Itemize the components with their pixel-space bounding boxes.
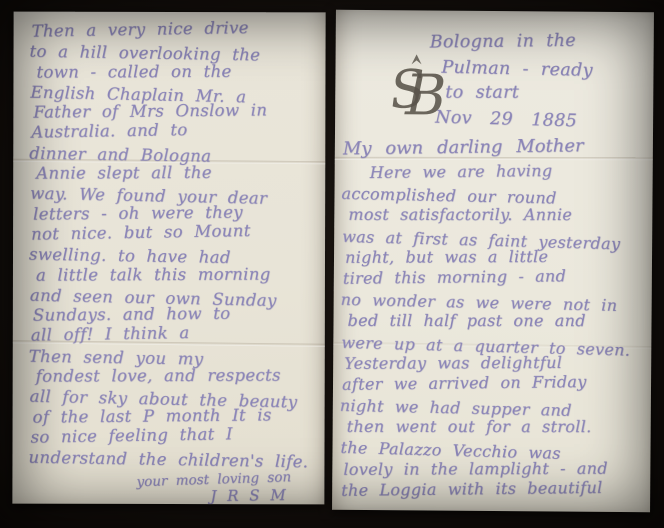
handwritten-line: Australia. and to <box>31 118 323 143</box>
letter-dateline: Bologna in the Pulman - ready to start N… <box>427 30 650 132</box>
handwritten-line: Then a very nice drive <box>31 17 323 42</box>
letter-page-right: S B Bologna in the Pulman - ready to sta… <box>332 10 654 512</box>
right-page-text: Here we are having accomplished our roun… <box>339 162 653 503</box>
handwritten-line: tired this morning - and <box>343 264 652 289</box>
handwritten-line: bed till half past one and <box>348 310 652 331</box>
left-page-text: Then a very nice drive to a hill overloo… <box>28 22 323 504</box>
dateline-line: Bologna in the <box>430 28 650 55</box>
handwritten-line: so nice feeling that I <box>30 423 322 448</box>
handwritten-line: not nice. but so Mount <box>31 220 323 245</box>
dateline-line: to start <box>445 81 649 106</box>
handwritten-line: a little talk this morning <box>36 264 323 286</box>
handwritten-line: most satisfactorily. Annie <box>348 204 652 225</box>
handwritten-line: the Loggia with its beautiful <box>341 476 650 501</box>
dateline-line: Nov 29 1885 <box>435 106 650 137</box>
handwritten-line: Here we are having <box>370 159 653 183</box>
handwritten-line: all off! I think a <box>31 321 323 346</box>
handwritten-line: Annie slept all the <box>36 162 323 184</box>
letter-signature: J R S M <box>210 485 322 504</box>
handwritten-line: fondest love, and respects <box>36 365 323 387</box>
letter-photograph: Then a very nice drive to a hill overloo… <box>0 0 664 528</box>
letter-salutation: My own darling Mother <box>343 135 584 159</box>
handwritten-line: town - called on the <box>36 61 323 83</box>
handwritten-line: then went out for a stroll. <box>347 416 651 437</box>
letter-page-left: Then a very nice drive to a hill overloo… <box>12 12 325 505</box>
handwritten-line: after we arrived on Friday <box>342 370 651 395</box>
